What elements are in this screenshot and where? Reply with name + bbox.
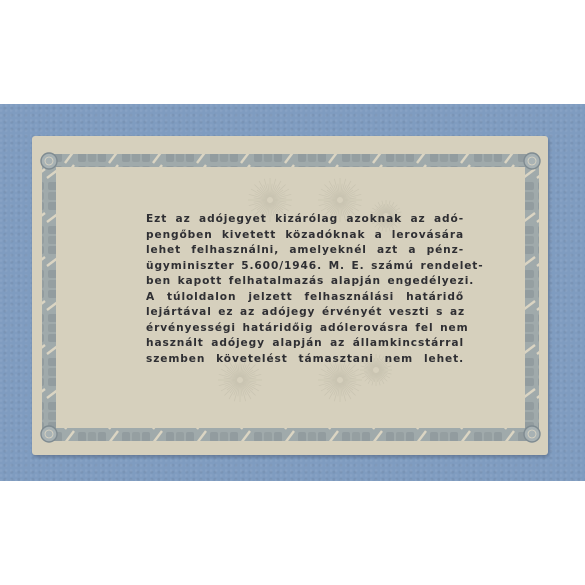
text-line: érvényességi határidőig adólerovásra fel… xyxy=(146,321,464,337)
text-line: ben kapott felhatalmazás alapján engedél… xyxy=(146,274,464,290)
text-line: ügyminiszter 5.600/1946. M. E. számú ren… xyxy=(146,259,464,275)
banknote: Ezt az adójegyet kizárólag azoknak az ad… xyxy=(32,136,548,455)
text-line: lejártával ez az adójegy érvényét veszti… xyxy=(146,305,464,321)
text-line: A túloldalon jelzett felhasználási határ… xyxy=(146,290,464,306)
text-line: használt adójegy alapján az államkincstá… xyxy=(146,336,464,352)
legal-text: Ezt az adójegyet kizárólag azoknak az ad… xyxy=(146,212,464,367)
text-line: szemben követelést támasztani nem lehet. xyxy=(146,352,464,368)
text-line: pengőben kivetett közadóknak a lerovásár… xyxy=(146,228,464,244)
text-line: lehet felhasználni, amelyeknél azt a pén… xyxy=(146,243,464,259)
text-line: Ezt az adójegyet kizárólag azoknak az ad… xyxy=(146,212,464,228)
